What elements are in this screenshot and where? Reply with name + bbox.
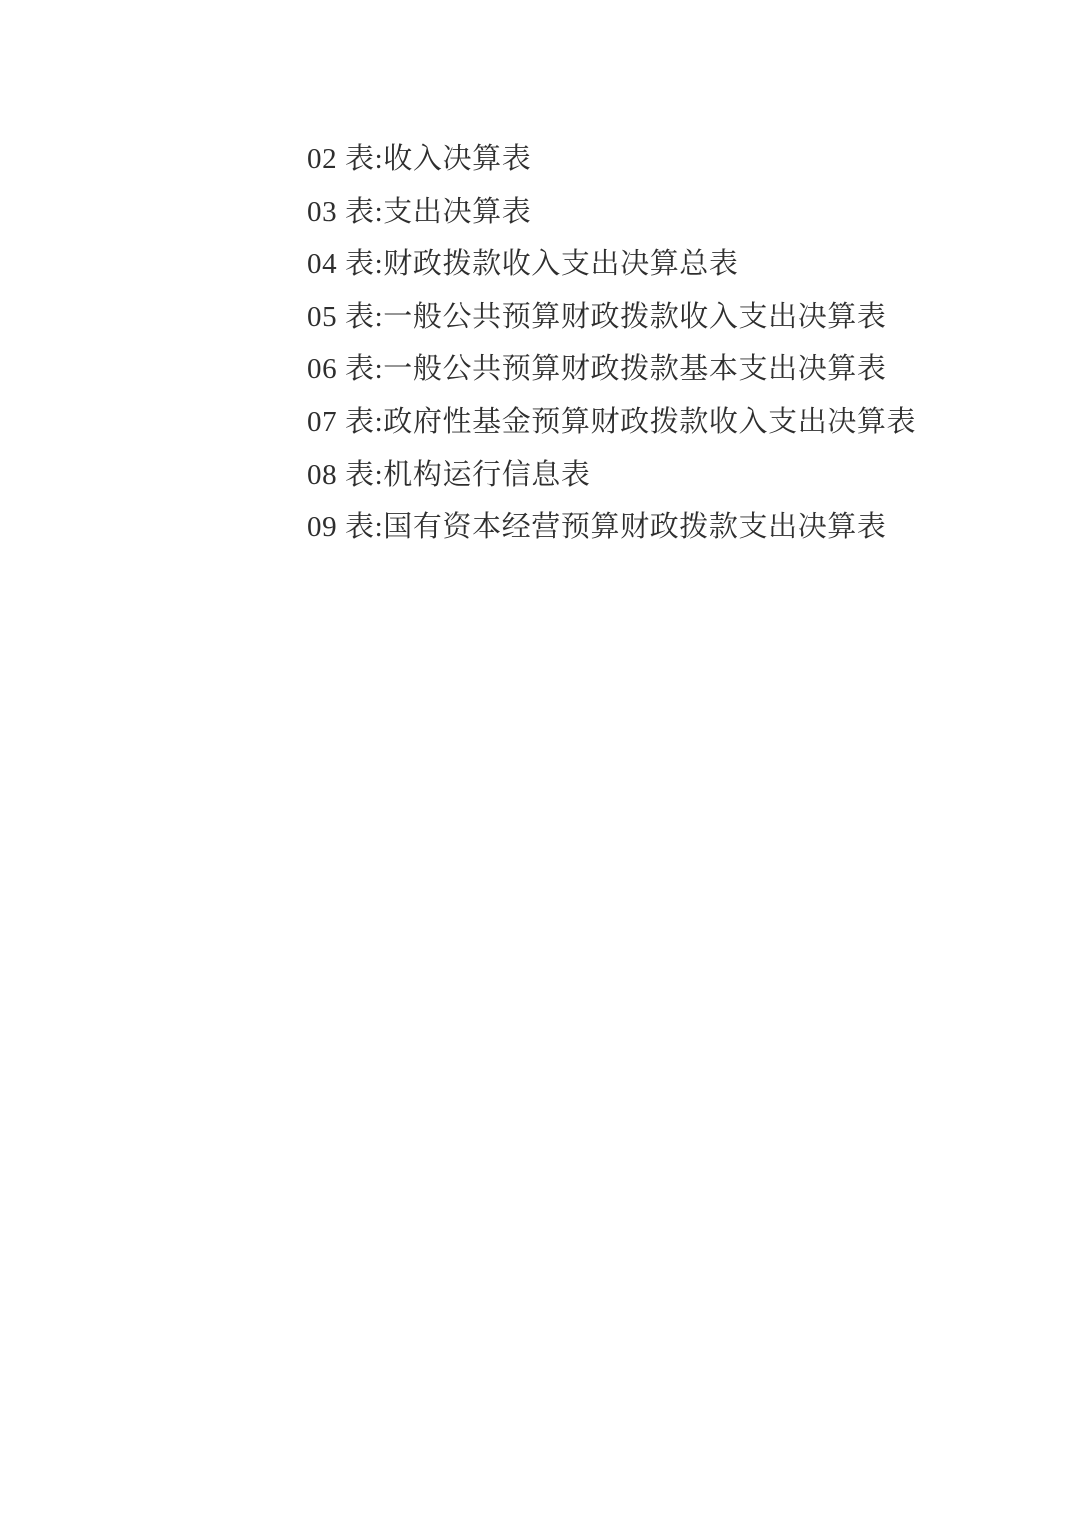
table-list-item-04: 04 表:财政拨款收入支出决算总表 bbox=[307, 238, 967, 291]
table-of-contents-list: 02 表:收入决算表 03 表:支出决算表 04 表:财政拨款收入支出决算总表 … bbox=[307, 133, 967, 554]
document-page: 02 表:收入决算表 03 表:支出决算表 04 表:财政拨款收入支出决算总表 … bbox=[0, 0, 1074, 1520]
table-list-item-02: 02 表:收入决算表 bbox=[307, 133, 967, 186]
table-list-item-03: 03 表:支出决算表 bbox=[307, 186, 967, 239]
table-list-item-06: 06 表:一般公共预算财政拨款基本支出决算表 bbox=[307, 343, 967, 396]
table-list-item-08: 08 表:机构运行信息表 bbox=[307, 449, 967, 502]
table-list-item-07: 07 表:政府性基金预算财政拨款收入支出决算表 bbox=[307, 396, 967, 449]
table-list-item-05: 05 表:一般公共预算财政拨款收入支出决算表 bbox=[307, 291, 967, 344]
table-list-item-09: 09 表:国有资本经营预算财政拨款支出决算表 bbox=[307, 501, 967, 554]
